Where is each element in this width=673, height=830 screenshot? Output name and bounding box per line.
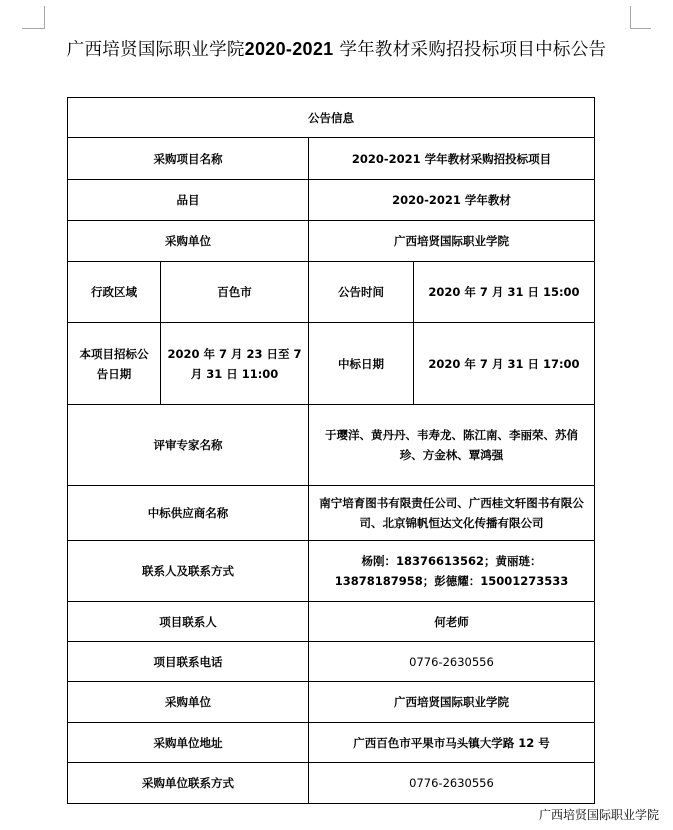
crop-mark-top-right [630, 6, 651, 29]
title-suffix: 学年教材采购招投标项目中标公告 [333, 40, 606, 60]
table-row: 采购项目名称 2020-2021 学年教材采购招投标项目 [68, 138, 595, 180]
announcement-table: 公告信息 采购项目名称 2020-2021 学年教材采购招投标项目 品目 202… [67, 97, 595, 804]
row-label: 采购单位地址 [68, 723, 309, 763]
announce-time-value: 2020 年 7 月 31 日 15:00 [414, 262, 595, 323]
table-row: 联系人及联系方式 杨刚：18376613562；黄丽琏：13878187958；… [68, 541, 595, 602]
award-date-value: 2020 年 7 月 31 日 17:00 [414, 323, 595, 405]
table-row: 项目联系人 何老师 [68, 602, 595, 642]
table-row: 采购单位联系方式 0776-2630556 [68, 763, 595, 804]
purchaser-value: 广西培贤国际职业学院 [309, 221, 595, 262]
title-year: 2020-2021 [245, 39, 334, 59]
experts-value: 于璎洋、黄丹丹、韦寿龙、陈江南、李丽荣、苏俏珍、方金林、覃鸿强 [309, 405, 595, 486]
row-label: 采购单位 [68, 221, 309, 262]
row-label: 采购项目名称 [68, 138, 309, 180]
table-row: 项目联系电话 0776-2630556 [68, 642, 595, 682]
footer-signature: 广西培贤国际职业学院 [539, 806, 659, 823]
row-label: 项目联系电话 [68, 642, 309, 682]
table-row: 评审专家名称 于璎洋、黄丹丹、韦寿龙、陈江南、李丽荣、苏俏珍、方金林、覃鸿强 [68, 405, 595, 486]
table-row: 采购单位 广西培贤国际职业学院 [68, 221, 595, 262]
purchaser-address-value: 广西百色市平果市马头镇大学路 12 号 [309, 723, 595, 763]
contacts-value: 杨刚：18376613562；黄丽琏：13878187958；彭德耀：15001… [309, 541, 595, 602]
item-category-value: 2020-2021 学年教材 [309, 180, 595, 221]
table-row: 中标供应商名称 南宁培育图书有限责任公司、广西桂文轩图书有限公司、北京锦帆恒达文… [68, 486, 595, 541]
row-label: 采购单位 [68, 682, 309, 723]
table-header: 公告信息 [68, 98, 595, 138]
suppliers-label: 中标供应商名称 [68, 486, 309, 541]
region-value: 百色市 [161, 262, 309, 323]
page-title: 广西培贤国际职业学院2020-2021 学年教材采购招投标项目中标公告 [0, 36, 673, 61]
purchaser-value-2: 广西培贤国际职业学院 [309, 682, 595, 723]
project-contact-value: 何老师 [309, 602, 595, 642]
row-label: 项目联系人 [68, 602, 309, 642]
purchaser-phone-value: 0776-2630556 [309, 763, 595, 804]
contacts-label: 联系人及联系方式 [68, 541, 309, 602]
table-row: 采购单位 广西培贤国际职业学院 [68, 682, 595, 723]
row-label: 品目 [68, 180, 309, 221]
tender-period-label: 本项目招标公告日期 [68, 323, 161, 405]
announce-time-label: 公告时间 [309, 262, 414, 323]
project-phone-value: 0776-2630556 [309, 642, 595, 682]
crop-mark-top-left [22, 6, 45, 29]
award-date-label: 中标日期 [309, 323, 414, 405]
table-header-row: 公告信息 [68, 98, 595, 138]
project-name-value: 2020-2021 学年教材采购招投标项目 [309, 138, 595, 180]
table-row: 行政区域 百色市 公告时间 2020 年 7 月 31 日 15:00 [68, 262, 595, 323]
region-label: 行政区域 [68, 262, 161, 323]
table-row: 采购单位地址 广西百色市平果市马头镇大学路 12 号 [68, 723, 595, 763]
table-row: 本项目招标公告日期 2020 年 7 月 23 日至 7 月 31 日 11:0… [68, 323, 595, 405]
experts-label: 评审专家名称 [68, 405, 309, 486]
row-label: 采购单位联系方式 [68, 763, 309, 804]
title-prefix: 广西培贤国际职业学院 [67, 40, 245, 60]
table-row: 品目 2020-2021 学年教材 [68, 180, 595, 221]
suppliers-value: 南宁培育图书有限责任公司、广西桂文轩图书有限公司、北京锦帆恒达文化传播有限公司 [309, 486, 595, 541]
tender-period-value: 2020 年 7 月 23 日至 7 月 31 日 11:00 [161, 323, 309, 405]
